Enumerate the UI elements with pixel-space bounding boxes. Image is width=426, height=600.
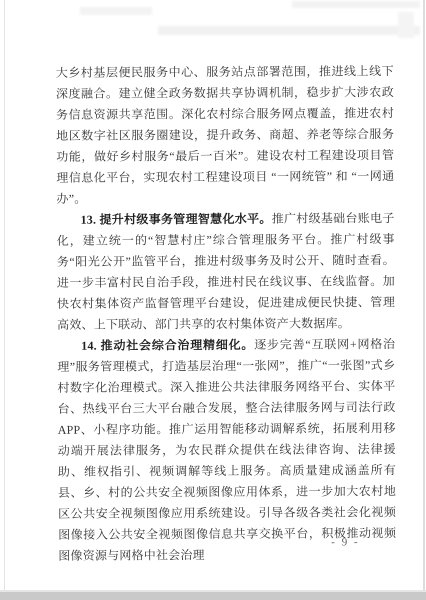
- paragraph-text: 大乡村基层便民服务中心、服务站点部署范围，推进线上线下深度融合。建立健全政务数据…: [56, 64, 395, 206]
- page-content: 大乡村基层便民服务中心、服务站点部署范围，推进线上线下深度融合。建立健全政务数据…: [0, 0, 426, 600]
- paragraph-text: 推广村级基础台账电子化，建立统一的“智慧村庄”综合管理服务平台。推广村级事务“阳…: [57, 211, 395, 332]
- paragraph-heading: 14. 推动社会综合治理精细化。: [81, 338, 254, 353]
- paragraph-heading: 13. 提升村级事务管理智慧化水平。: [81, 212, 272, 227]
- paragraph-item-14: 14. 推动社会综合治理精细化。逐步完善“互联网+网格治理”服务管理模式，打造基…: [57, 334, 396, 567]
- page-edge-bottom: [0, 590, 426, 600]
- page-number: - 9 -: [331, 536, 359, 548]
- paragraph-continuation: 大乡村基层便民服务中心、服务站点部署范围，推进线上线下深度融合。建立健全政务数据…: [56, 61, 395, 210]
- paragraph-text: 逐步完善“互联网+网格治理”服务管理模式，打造基层治理“一张网”，推广“一张图”…: [57, 337, 396, 563]
- body-text: 大乡村基层便民服务中心、服务站点部署范围，推进线上线下深度融合。建立健全政务数据…: [56, 61, 397, 567]
- paragraph-item-13: 13. 提升村级事务管理智慧化水平。推广村级基础台账电子化，建立统一的“智慧村庄…: [57, 208, 396, 336]
- scanned-document-page: 大乡村基层便民服务中心、服务站点部署范围，推进线上线下深度融合。建立健全政务数据…: [0, 0, 426, 600]
- page-edge-right: [423, 0, 425, 600]
- page-edge-left: [4, 0, 5, 600]
